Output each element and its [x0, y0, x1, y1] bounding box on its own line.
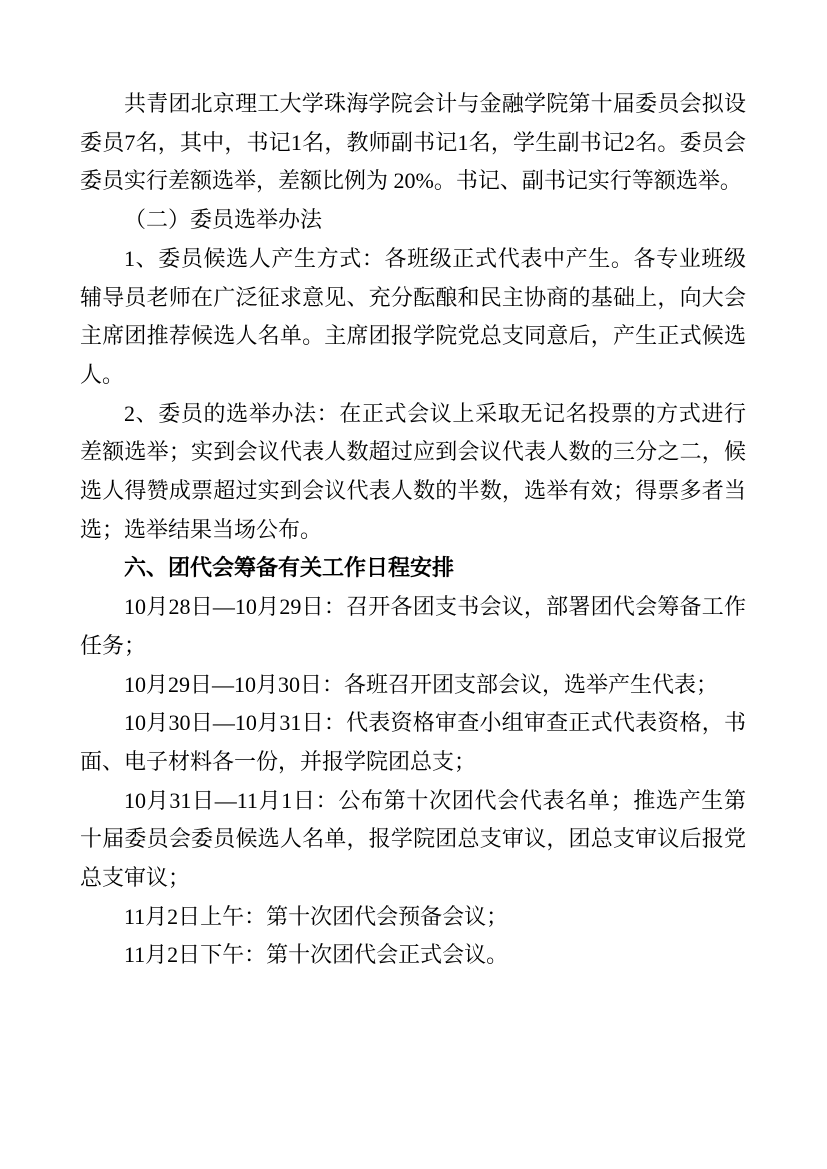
document-body: 共青团北京理工大学珠海学院会计与金融学院第十届委员会拟设委员7名，其中，书记1名…	[80, 85, 746, 975]
paragraph: 10月30日—10月31日：代表资格审查小组审查正式代表资格，书面、电子材料各一…	[80, 704, 746, 781]
paragraph: 1、委员候选人产生方式：各班级正式代表中产生。各专业班级辅导员老师在广泛征求意见…	[80, 240, 746, 395]
paragraph: 10月29日—10月30日：各班召开团支部会议，选举产生代表；	[80, 666, 746, 705]
paragraph: 10月28日—10月29日：召开各团支书会议，部署团代会筹备工作任务；	[80, 588, 746, 665]
paragraph: 共青团北京理工大学珠海学院会计与金融学院第十届委员会拟设委员7名，其中，书记1名…	[80, 85, 746, 201]
paragraph: 10月31日—11月1日：公布第十次团代会代表名单；推选产生第十届委员会委员候选…	[80, 782, 746, 898]
section-heading: 六、团代会筹备有关工作日程安排	[80, 549, 746, 588]
paragraph: 11月2日上午：第十次团代会预备会议；	[80, 898, 746, 937]
paragraph: （二）委员选举办法	[80, 201, 746, 240]
paragraph: 2、委员的选举办法：在正式会议上采取无记名投票的方式进行差额选举；实到会议代表人…	[80, 395, 746, 550]
document-page: 共青团北京理工大学珠海学院会计与金融学院第十届委员会拟设委员7名，其中，书记1名…	[0, 0, 827, 1169]
paragraph: 11月2日下午：第十次团代会正式会议。	[80, 936, 746, 975]
